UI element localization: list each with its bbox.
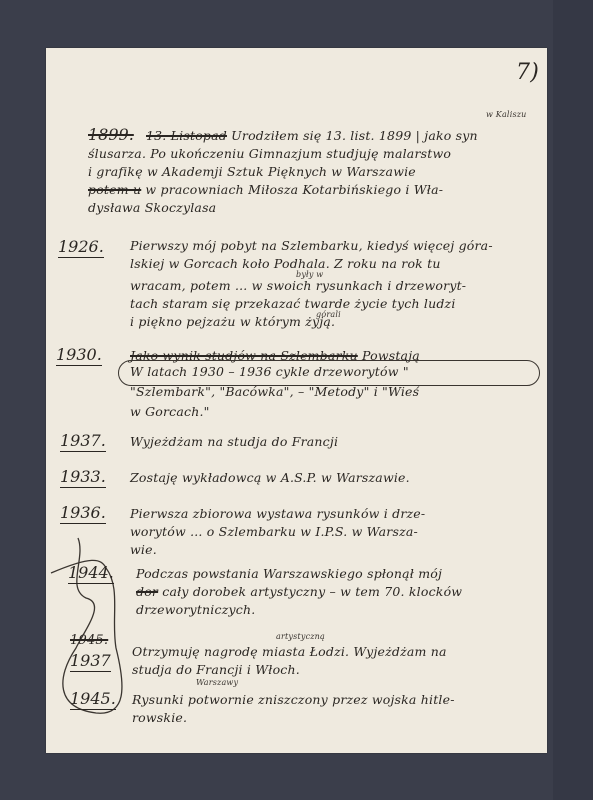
entry-line: "Szlembark", "Bacówka", – "Metody" i "Wi… [130, 384, 419, 400]
insertion-note: artystyczną [276, 632, 325, 641]
struck-text: 13. Listopad [146, 128, 227, 143]
year-label: 1944. [68, 564, 114, 584]
year-label: 1930. [56, 346, 102, 366]
entry-line: wracam, potem ... w swoich rysunkach i d… [130, 278, 466, 294]
year-label: 1933. [60, 468, 106, 488]
entry-line: 13. Listopad Urodziłem się 13. list. 189… [146, 128, 478, 144]
year-label: 1937. [60, 432, 106, 452]
entry-line: i grafikę w Akademji Sztuk Pięknych w Wa… [88, 164, 416, 180]
background-border [553, 0, 593, 800]
page-number: 7) [516, 60, 539, 85]
entry-line: i piękno pejzażu w którym żyją. [130, 314, 335, 330]
entry-line: studja do Francji i Włoch. [132, 662, 300, 678]
entry-line: lskiej w Gorcach koło Podhala. Z roku na… [130, 256, 441, 272]
struck-text: dor [136, 584, 158, 599]
entry-line: Zostaję wykładowcą w A.S.P. w Warszawie. [130, 470, 410, 486]
entry-line: W latach 1930 – 1936 cykle drzeworytów " [130, 364, 409, 380]
year-struck: 1899. [88, 126, 134, 145]
entry-line: Wyjeżdżam na studja do Francji [130, 434, 338, 450]
year-label: 1945. [70, 690, 116, 710]
entry-line: tach staram się przekazać twarde życie t… [130, 296, 456, 312]
entry-line: w Gorcach." [130, 404, 210, 420]
insertion-note: Warszawy [196, 678, 238, 687]
entry-line: Pierwsza zbiorowa wystawa rysunków i drz… [130, 506, 425, 522]
entry-line: rowskie. [132, 710, 187, 726]
year-label: 1926. [58, 238, 104, 258]
entry-line: Otrzymuję nagrodę miasta Łodzi. Wyjeżdża… [132, 644, 447, 660]
entry-line: dysława Skoczylasa [88, 200, 216, 216]
entry-line: Podczas powstania Warszawskiego spłonął … [136, 566, 442, 582]
entry-line: ślusarza. Po ukończeniu Gimnazjum studju… [88, 146, 451, 162]
entry-line: potem u w pracowniach Miłosza Kotarbińsk… [88, 182, 443, 198]
manuscript-page: 7) w Kaliszu 1899. 13. Listopad Urodziłe… [46, 48, 547, 753]
entry-line: drzeworytniczych. [136, 602, 255, 618]
year-label: 1937 [70, 652, 111, 672]
entry-line: Rysunki potwornie zniszczony przez wojsk… [132, 692, 455, 708]
entry-line: worytów ... o Szlembarku w I.P.S. w Wars… [130, 524, 418, 540]
entry-line: Pierwszy mój pobyt na Szlembarku, kiedyś… [130, 238, 493, 254]
entry-line: dor cały dorobek artystyczny – w tem 70.… [136, 584, 462, 600]
insertion-note: w Kaliszu [486, 110, 527, 119]
year-struck: 1945. [70, 632, 108, 651]
year-label: 1936. [60, 504, 106, 524]
struck-text: potem u [88, 182, 141, 197]
